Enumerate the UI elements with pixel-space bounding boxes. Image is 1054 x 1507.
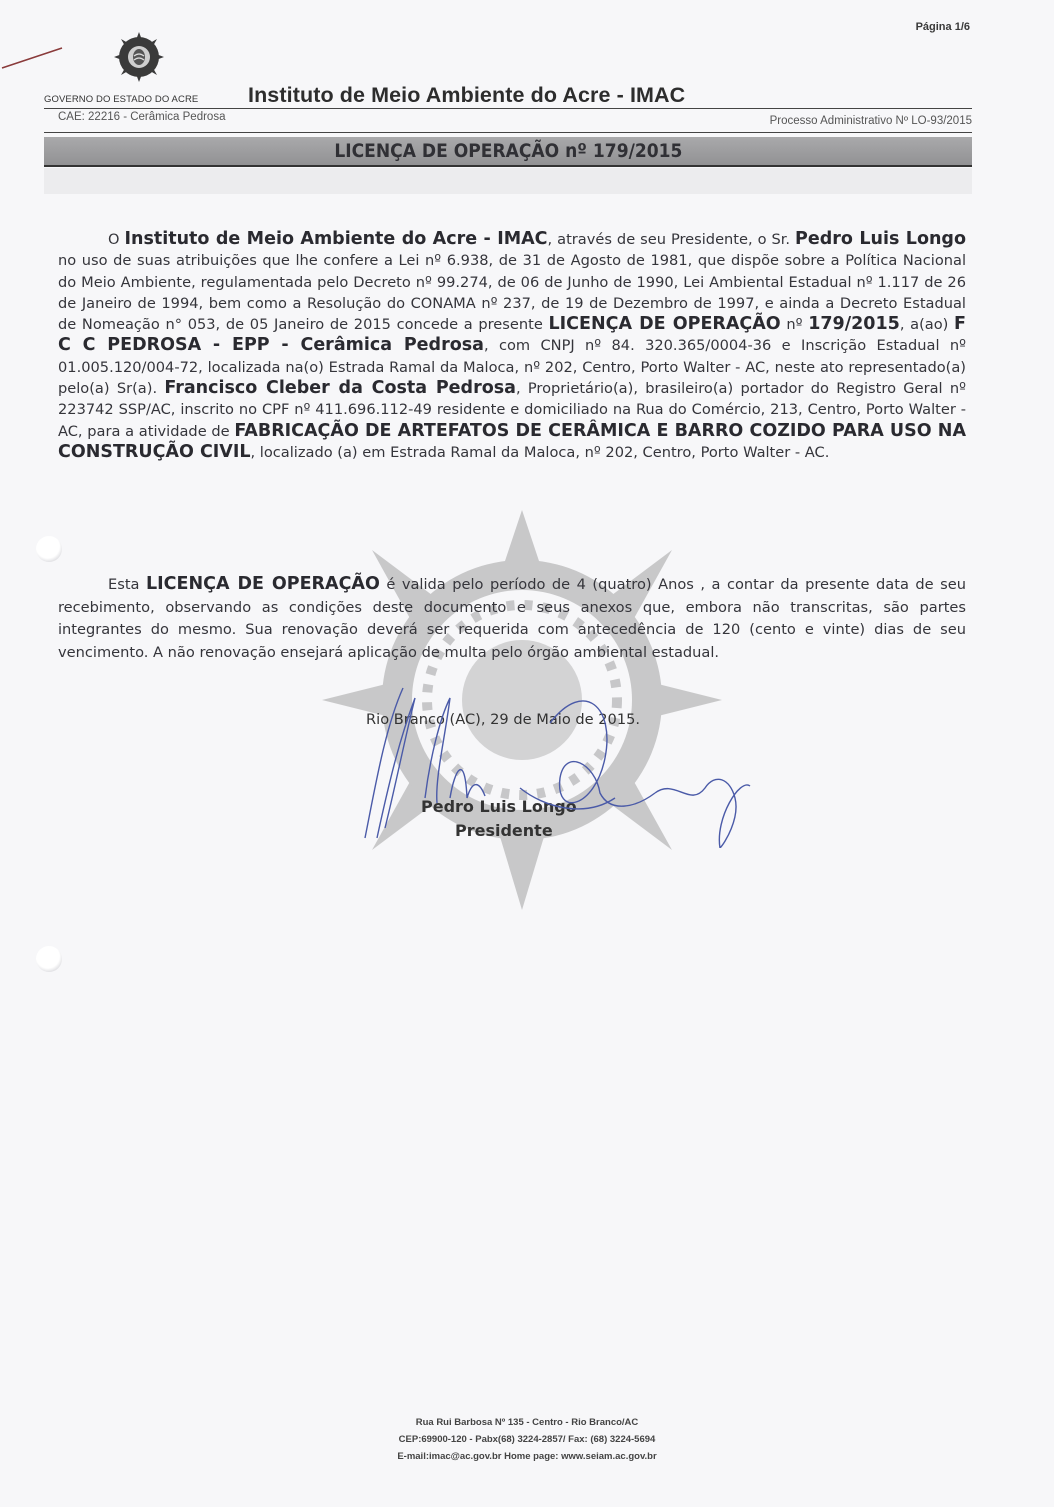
footer-contact: Rua Rui Barbosa Nº 135 - Centro - Rio Br… (0, 1414, 1054, 1465)
process-number: Processo Administrativo Nº LO-93/2015 (770, 115, 972, 127)
cae-label: CAE: 22216 - Cerâmica Pedrosa (58, 111, 225, 123)
government-label: GOVERNO DO ESTADO DO ACRE (44, 94, 198, 105)
footer-contact-web: E-mail:imac@ac.gov.br Home page: www.sei… (0, 1448, 1054, 1465)
acre-state-coat-of-arms-icon (112, 30, 166, 84)
license-type: LICENÇA DE OPERAÇÃO (549, 314, 781, 334)
page-number: Página 1/6 (916, 21, 970, 33)
license-type: LICENÇA DE OPERAÇÃO (146, 574, 380, 594)
scan-shadow (44, 168, 972, 194)
header-rule (44, 132, 972, 133)
punch-hole (36, 536, 62, 562)
institute-title: Instituto de Meio Ambiente do Acre - IMA… (248, 83, 685, 108)
institute-name: Instituto de Meio Ambiente do Acre - IMA… (124, 229, 547, 249)
pen-stroke-mark (0, 40, 70, 80)
license-grant-paragraph: O Instituto de Meio Ambiente do Acre - I… (58, 229, 966, 463)
footer-address: Rua Rui Barbosa Nº 135 - Centro - Rio Br… (0, 1414, 1054, 1431)
document-page: Página 1/6 GOVERNO DO ESTADO DO ACRE Ins… (0, 0, 1054, 1507)
license-title: LICENÇA DE OPERAÇÃO nº 179/2015 (334, 137, 682, 166)
punch-hole (36, 946, 62, 972)
license-title-banner: LICENÇA DE OPERAÇÃO nº 179/2015 (44, 137, 972, 167)
president-name: Pedro Luis Longo (795, 229, 966, 249)
footer-phones: CEP:69900-120 - Pabx(68) 3224-2857/ Fax:… (0, 1431, 1054, 1448)
representative-name: Francisco Cleber da Costa Pedrosa (164, 378, 516, 398)
license-number: 179/2015 (808, 314, 900, 334)
handwritten-signature-icon (355, 668, 775, 848)
header-rule (44, 108, 972, 109)
validity-paragraph: Esta LICENÇA DE OPERAÇÃO é valida pelo p… (58, 573, 966, 664)
